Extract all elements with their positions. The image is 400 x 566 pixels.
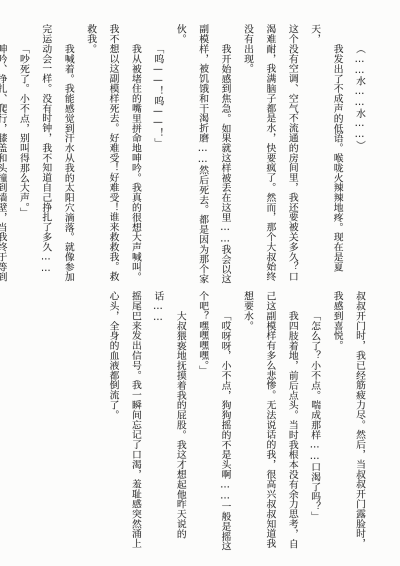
text-line: 我四肢着地，前后点头。当时我根本没有余力思考，自 — [280, 291, 302, 553]
text-band-bottom: 叔叔开门时，我已经筋疲力尽。然后，当叔叔开门露脸时，我感到喜悦。「怎么了？小不点… — [101, 291, 370, 553]
text-line: 叔叔开门时，我已经筋疲力尽。然后，当叔叔开门露脸时， — [348, 291, 370, 553]
text-line: 副模样，被饥饿和干渴折磨……然后死去。都是因为那个家 — [191, 24, 213, 286]
text-line: 渴难耐，我满脑子都是水，快要疯了。然而，那个大叔始终 — [258, 24, 280, 286]
text-line: 心头，全身的血液都倒流了。 — [101, 291, 123, 553]
novel-page: （……水……水……）我发出了不成声的低语。喉咙火辣辣地疼。现在是夏天，这个没有空… — [0, 0, 400, 566]
text-line: 我不想以这副模样死去。好难受！好难受！谁来救救我。救 — [101, 24, 123, 286]
text-line: 想要水。 — [236, 291, 258, 553]
text-line: 我从被堵住的嘴里拼命地呻吟。我真的很想大声喊叫。 — [124, 24, 146, 286]
text-line: 我开始感到焦急。如果就这样被丢在这里……我会以这 — [213, 24, 235, 286]
text-line: 个吧？嘿嘿嘿嘿。」 — [191, 291, 213, 553]
text-line: 没有出现。 — [236, 24, 258, 286]
text-line: 完运动会一样。没有时钟，我不知道自己挣扎了多久…… — [34, 24, 56, 286]
text-line: 摇尾巴来发出信号。我一瞬间忘记了口渴，羞耻感突然涌上 — [124, 291, 146, 553]
text-line: 「怎么了？小不点。喘成那样……口渴了吗？」 — [303, 291, 325, 553]
text-line: （……水……水……） — [348, 24, 370, 286]
text-line: 己这副模样有多么悲惨。无法说话的我，很高兴叔叔知道我 — [258, 291, 280, 553]
text-line: 救我。 — [79, 24, 101, 286]
text-line: 伙。 — [168, 24, 190, 286]
text-line: 「哎呀呀，小不点，狗狗摇的不是头啊……一般是摇这 — [213, 291, 235, 553]
text-line: 大叔猥亵地抚摸着我的屁股。我这才想起他昨天说的话…… — [146, 291, 191, 553]
text-line: 呻吟、挣扎、爬行，膝盖和头撞到墙壁，当我终于等到 — [0, 24, 12, 286]
text-line: 我感到喜悦。 — [325, 291, 347, 553]
text-line: 我喊着。我能感觉到汗水从我的太阳穴滴落。就像参加 — [56, 24, 78, 286]
text-line: 我发出了不成声的低语。喉咙火辣辣地疼。现在是夏天， — [303, 24, 348, 286]
text-line: 「吵死了。小不点，别叫得那么大声。」 — [12, 24, 34, 286]
text-line: 这个没有空调、空气不流通的房间里，我还要被关多久？口 — [280, 24, 302, 286]
text-band-top: （……水……水……）我发出了不成声的低语。喉咙火辣辣地疼。现在是夏天，这个没有空… — [0, 24, 370, 286]
text-line: 「呜——！呜——！」 — [146, 24, 168, 286]
